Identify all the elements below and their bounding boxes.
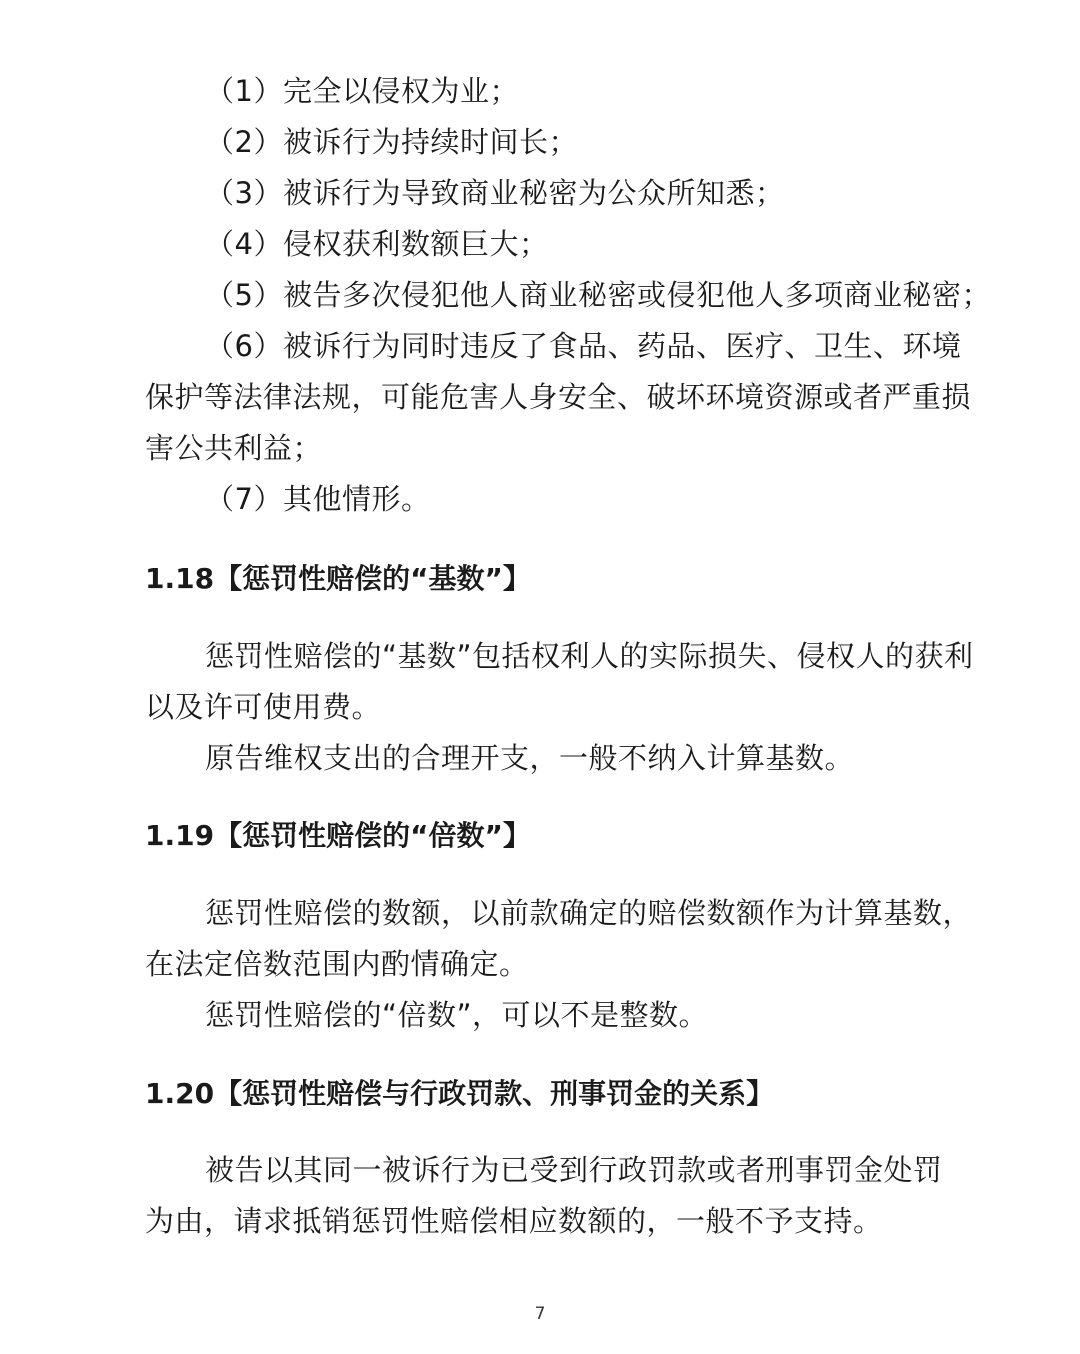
paragraph-line: 惩罚性赔偿的“基数”包括权利人的实际损失、侵权人的获利 — [205, 639, 974, 673]
paragraph-line: 被告以其同一被诉行为已受到行政罚款或者刑事罚金处罚 — [205, 1153, 943, 1187]
section-heading-1-19: 1.19【惩罚性赔偿的“倍数”】 — [145, 819, 531, 853]
paragraph-line: 惩罚性赔偿的数额，以前款确定的赔偿数额作为计算基数， — [205, 896, 972, 930]
paragraph-line: 惩罚性赔偿的“倍数”，可以不是整数。 — [205, 998, 708, 1032]
list-item-7: （7）其他情形。 — [205, 482, 430, 516]
list-item-4: （4）侵权获利数额巨大； — [205, 227, 548, 261]
list-item-6-continued: 害公共利益； — [145, 431, 322, 465]
paragraph-line: 为由，请求抵销惩罚性赔偿相应数额的，一般不予支持。 — [145, 1204, 883, 1238]
list-item-6: （6）被诉行为同时违反了食品、药品、医疗、卫生、环境 — [205, 329, 961, 363]
list-item-6-continued: 保护等法律法规，可能危害人身安全、破坏环境资源或者严重损 — [145, 380, 971, 414]
paragraph-line: 在法定倍数范围内酌情确定。 — [145, 947, 529, 981]
list-item-2: （2）被诉行为持续时间长； — [205, 125, 578, 159]
section-heading-1-18: 1.18【惩罚性赔偿的“基数”】 — [145, 562, 531, 596]
list-item-1: （1）完全以侵权为业； — [205, 74, 519, 108]
section-heading-1-20: 1.20【惩罚性赔偿与行政罚款、刑事罚金的关系】 — [145, 1077, 774, 1111]
list-item-3: （3）被诉行为导致商业秘密为公众所知悉； — [205, 176, 784, 210]
page-number: 7 — [0, 1304, 1080, 1324]
list-item-5: （5）被告多次侵犯他人商业秘密或侵犯他人多项商业秘密； — [205, 278, 991, 312]
paragraph-line: 原告维权支出的合理开支，一般不纳入计算基数。 — [205, 741, 854, 775]
paragraph-line: 以及许可使用费。 — [145, 690, 381, 724]
